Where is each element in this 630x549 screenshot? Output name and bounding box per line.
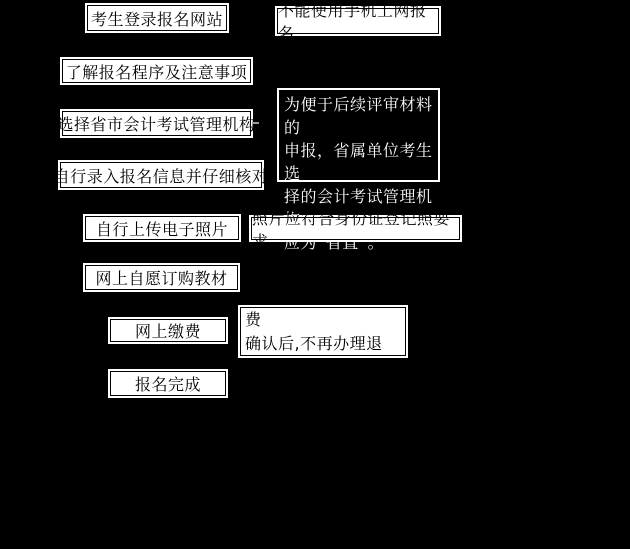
flow-step-order-textbooks: 网上自愿订购教材 <box>85 265 238 290</box>
annotation-province-org: 为便于后续评审材料的 申报，省属单位考生选 择的会计考试管理机构 应为“省直”。 <box>277 88 440 182</box>
annotation-no-mobile: 不能使用手机上网报名 <box>277 8 439 34</box>
flow-step-pay-online: 网上缴费 <box>110 319 226 342</box>
flow-step-upload-photo: 自行上传电子照片 <box>85 216 239 240</box>
annotation-photo-requirement: 照片应符合身份证登记照要求 <box>251 217 460 240</box>
flow-step-know-procedure: 了解报名程序及注意事项 <box>62 59 251 83</box>
flow-step-select-org: 选择省市会计考试管理机构 <box>62 111 251 136</box>
flow-step-enter-info: 自行录入报名信息并仔细核对 <box>60 162 262 188</box>
flow-step-login: 考生登录报名网站 <box>87 5 227 31</box>
flowchart-canvas: 考生登录报名网站 了解报名程序及注意事项 选择省市会计考试管理机构 自行录入报名… <box>0 0 630 549</box>
flow-step-complete: 报名完成 <box>110 371 226 396</box>
connector-stub <box>253 122 259 124</box>
annotation-payment-warning: 考生应慎重报考，缴费 确认后,不再办理退考。 <box>240 307 406 356</box>
